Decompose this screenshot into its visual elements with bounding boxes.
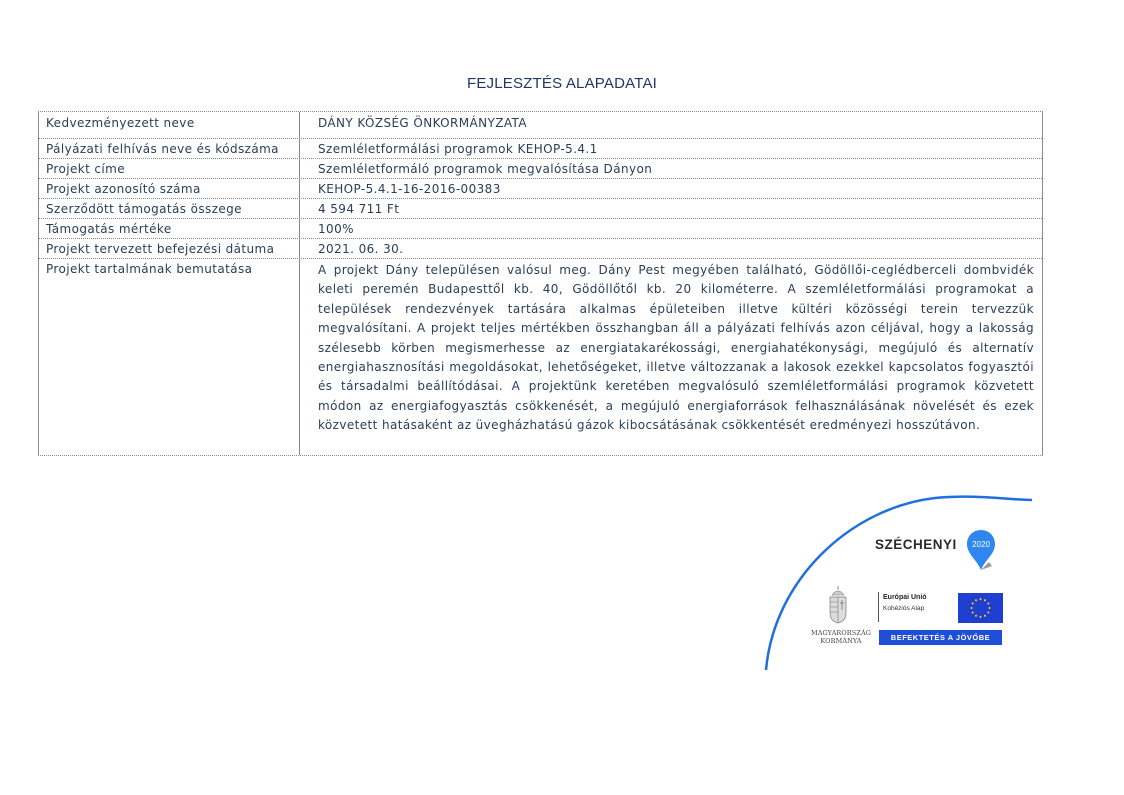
decorative-arc-icon	[760, 490, 1050, 680]
eu-flag-icon	[958, 593, 1003, 623]
government-line-2: KORMÁNYA	[805, 637, 877, 645]
government-label: MAGYARORSZÁG KORMÁNYA	[805, 629, 877, 645]
row-value: DÁNY KÖZSÉG ÖNKORMÁNYZATA	[300, 112, 1042, 138]
table-row: Szerződött támogatás összege 4 594 711 F…	[39, 199, 1042, 219]
row-label: Szerződött támogatás összege	[39, 199, 300, 218]
government-line-1: MAGYARORSZÁG	[805, 629, 877, 637]
table-row: Projekt tervezett befejezési dátuma 2021…	[39, 239, 1042, 259]
table-row: Pályázati felhívás neve és kódszáma Szem…	[39, 139, 1042, 159]
page-title: FEJLESZTÉS ALAPADATAI	[0, 75, 1124, 92]
row-label: Pályázati felhívás neve és kódszáma	[39, 139, 300, 158]
eu-fund-name: Kohéziós Alap	[883, 605, 924, 612]
project-description: A projekt Dány településen valósul meg. …	[300, 259, 1042, 455]
project-data-table: Kedvezményezett neve DÁNY KÖZSÉG ÖNKORMÁ…	[38, 111, 1043, 456]
eu-name: Európai Unió	[883, 594, 927, 601]
szechenyi-wordmark: SZÉCHENYI	[875, 537, 957, 552]
table-row: Kedvezményezett neve DÁNY KÖZSÉG ÖNKORMÁ…	[39, 112, 1042, 139]
svg-text:2020: 2020	[972, 540, 990, 549]
row-label: Támogatás mértéke	[39, 219, 300, 238]
row-value: Szemléletformálási programok KEHOP-5.4.1	[300, 139, 1042, 158]
row-label: Kedvezményezett neve	[39, 112, 300, 138]
row-value: 2021. 06. 30.	[300, 239, 1042, 258]
row-label: Projekt azonosító száma	[39, 179, 300, 198]
row-value: 100%	[300, 219, 1042, 238]
slogan-banner: BEFEKTETÉS A JÖVŐBE	[879, 630, 1002, 645]
funding-logo-block: SZÉCHENYI 2020 MAGYARORSZÁG KORMÁNYA Eur…	[760, 490, 1050, 680]
row-label: Projekt tervezett befejezési dátuma	[39, 239, 300, 258]
row-label: Projekt címe	[39, 159, 300, 178]
table-row: Projekt azonosító száma KEHOP-5.4.1-16-2…	[39, 179, 1042, 199]
table-row: Projekt tartalmának bemutatása A projekt…	[39, 259, 1042, 455]
hungarian-coat-of-arms-icon	[826, 585, 850, 625]
table-row: Projekt címe Szemléletformáló programok …	[39, 159, 1042, 179]
logo-divider	[878, 592, 879, 622]
row-value: 4 594 711 Ft	[300, 199, 1042, 218]
row-value: KEHOP-5.4.1-16-2016-00383	[300, 179, 1042, 198]
row-label: Projekt tartalmának bemutatása	[39, 259, 300, 455]
szechenyi-2020-pin-icon: 2020	[965, 528, 997, 572]
row-value: Szemléletformáló programok megvalósítása…	[300, 159, 1042, 178]
table-row: Támogatás mértéke 100%	[39, 219, 1042, 239]
